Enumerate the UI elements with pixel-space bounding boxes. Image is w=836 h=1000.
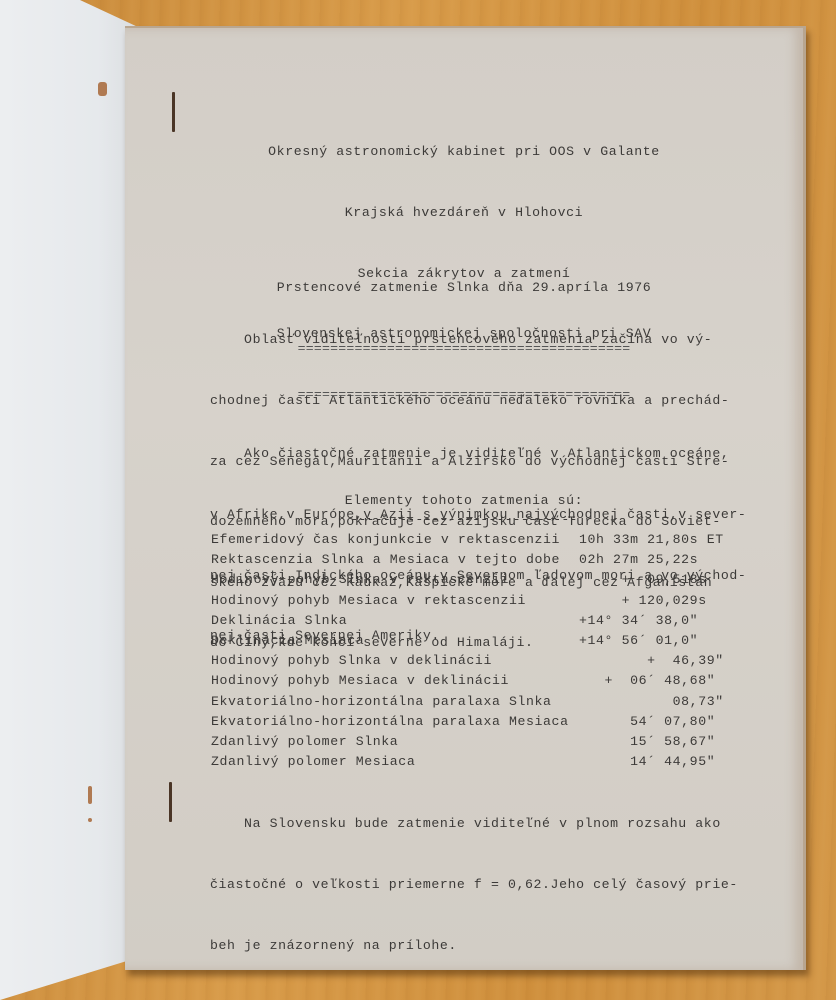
text-line: Ako čiastočné zatmenie je viditeľné v At… (210, 444, 746, 464)
element-label: Deklinácia Slnka (211, 611, 579, 631)
element-label: Zdanlivý polomer Mesiaca (211, 752, 579, 772)
element-label: Hodinový pohyb Mesiaca v deklinácii (211, 671, 579, 691)
table-row: Deklinácia Slnka+14° 34´ 38,0" (211, 611, 771, 631)
table-row: Ekvatoriálno-horizontálna paralaxa Slnka… (211, 692, 771, 712)
elements-rule: ---------------------------- (125, 510, 803, 530)
table-row: Zdanlivý polomer Slnka 15´ 58,67" (211, 732, 771, 752)
element-label: Hodinový pohyb Slnka v deklinácii (211, 651, 579, 671)
table-row: Hodinový pohyb Slnka v rektascenzii + 09… (211, 570, 771, 590)
element-label: Rektascenzia Slnka a Mesiaca v tejto dob… (211, 550, 579, 570)
header-line: Okresný astronomický kabinet pri OOS v G… (125, 142, 803, 162)
element-label: Deklinácia Mesiaca (211, 631, 579, 651)
element-label: Ekvatoriálno-horizontálna paralaxa Slnka (211, 692, 579, 712)
table-row: Zdanlivý polomer Mesiaca 14´ 44,95" (211, 752, 771, 772)
table-row: Deklinácia Mesiaca+14° 56´ 01,0" (211, 631, 771, 651)
table-row: Rektascenzia Slnka a Mesiaca v tejto dob… (211, 550, 771, 570)
text-line: Na Slovensku bude zatmenie viditeľné v p… (210, 814, 738, 834)
element-value: 08,73" (579, 692, 771, 712)
element-label: Ekvatoriálno-horizontálna paralaxa Mesia… (211, 712, 579, 732)
element-value: 14´ 44,95" (579, 752, 771, 772)
table-row: Hodinový pohyb Mesiaca v deklinácii + 06… (211, 671, 771, 691)
binding-hole (98, 82, 107, 96)
elements-heading: Elementy tohoto zatmenia sú: (125, 491, 803, 511)
binding-hole (88, 786, 92, 804)
element-value: +14° 56´ 01,0" (579, 631, 771, 651)
element-value: + 120,029s (579, 591, 771, 611)
element-value: 10h 33m 21,80s ET (579, 530, 771, 550)
text-line: Oblasť viditeľnosti prstencového zatmeni… (210, 330, 729, 350)
typewritten-page: Okresný astronomický kabinet pri OOS v G… (125, 26, 806, 970)
binding-hole (88, 818, 92, 822)
element-label: Hodinový pohyb Mesiaca v rektascenzii (211, 591, 579, 611)
header-line: Krajská hvezdáreň v Hlohovci (125, 203, 803, 223)
element-value: + 06´ 48,68" (579, 671, 771, 691)
table-row: Hodinový pohyb Mesiaca v rektascenzii + … (211, 591, 771, 611)
table-row: Hodinový pohyb Slnka v deklinácii + 46,3… (211, 651, 771, 671)
eclipse-elements-table: Efemeridový čas konjunkcie v rektascenzi… (211, 530, 771, 772)
text-line: čiastočné o veľkosti priemerne f = 0,62.… (210, 875, 738, 895)
element-label: Zdanlivý polomer Slnka (211, 732, 579, 752)
element-value: 54´ 07,80" (579, 712, 771, 732)
element-value: 15´ 58,67" (579, 732, 771, 752)
element-value: + 46,39" (579, 651, 771, 671)
table-row: Ekvatoriálno-horizontálna paralaxa Mesia… (211, 712, 771, 732)
element-label: Efemeridový čas konjunkcie v rektascenzi… (211, 530, 579, 550)
element-value: +14° 34´ 38,0" (579, 611, 771, 631)
staple-icon (169, 782, 172, 822)
text-line: beh je znázornený na prílohe. (210, 936, 738, 956)
element-label: Hodinový pohyb Slnka v rektascenzii (211, 570, 579, 590)
element-value: + 09,518s (579, 570, 771, 590)
paragraph-slovakia: Na Slovensku bude zatmenie viditeľné v p… (210, 774, 738, 996)
booklet-cover-page (0, 0, 140, 1000)
table-row: Efemeridový čas konjunkcie v rektascenzi… (211, 530, 771, 550)
element-value: 02h 27m 25,22s (579, 550, 771, 570)
